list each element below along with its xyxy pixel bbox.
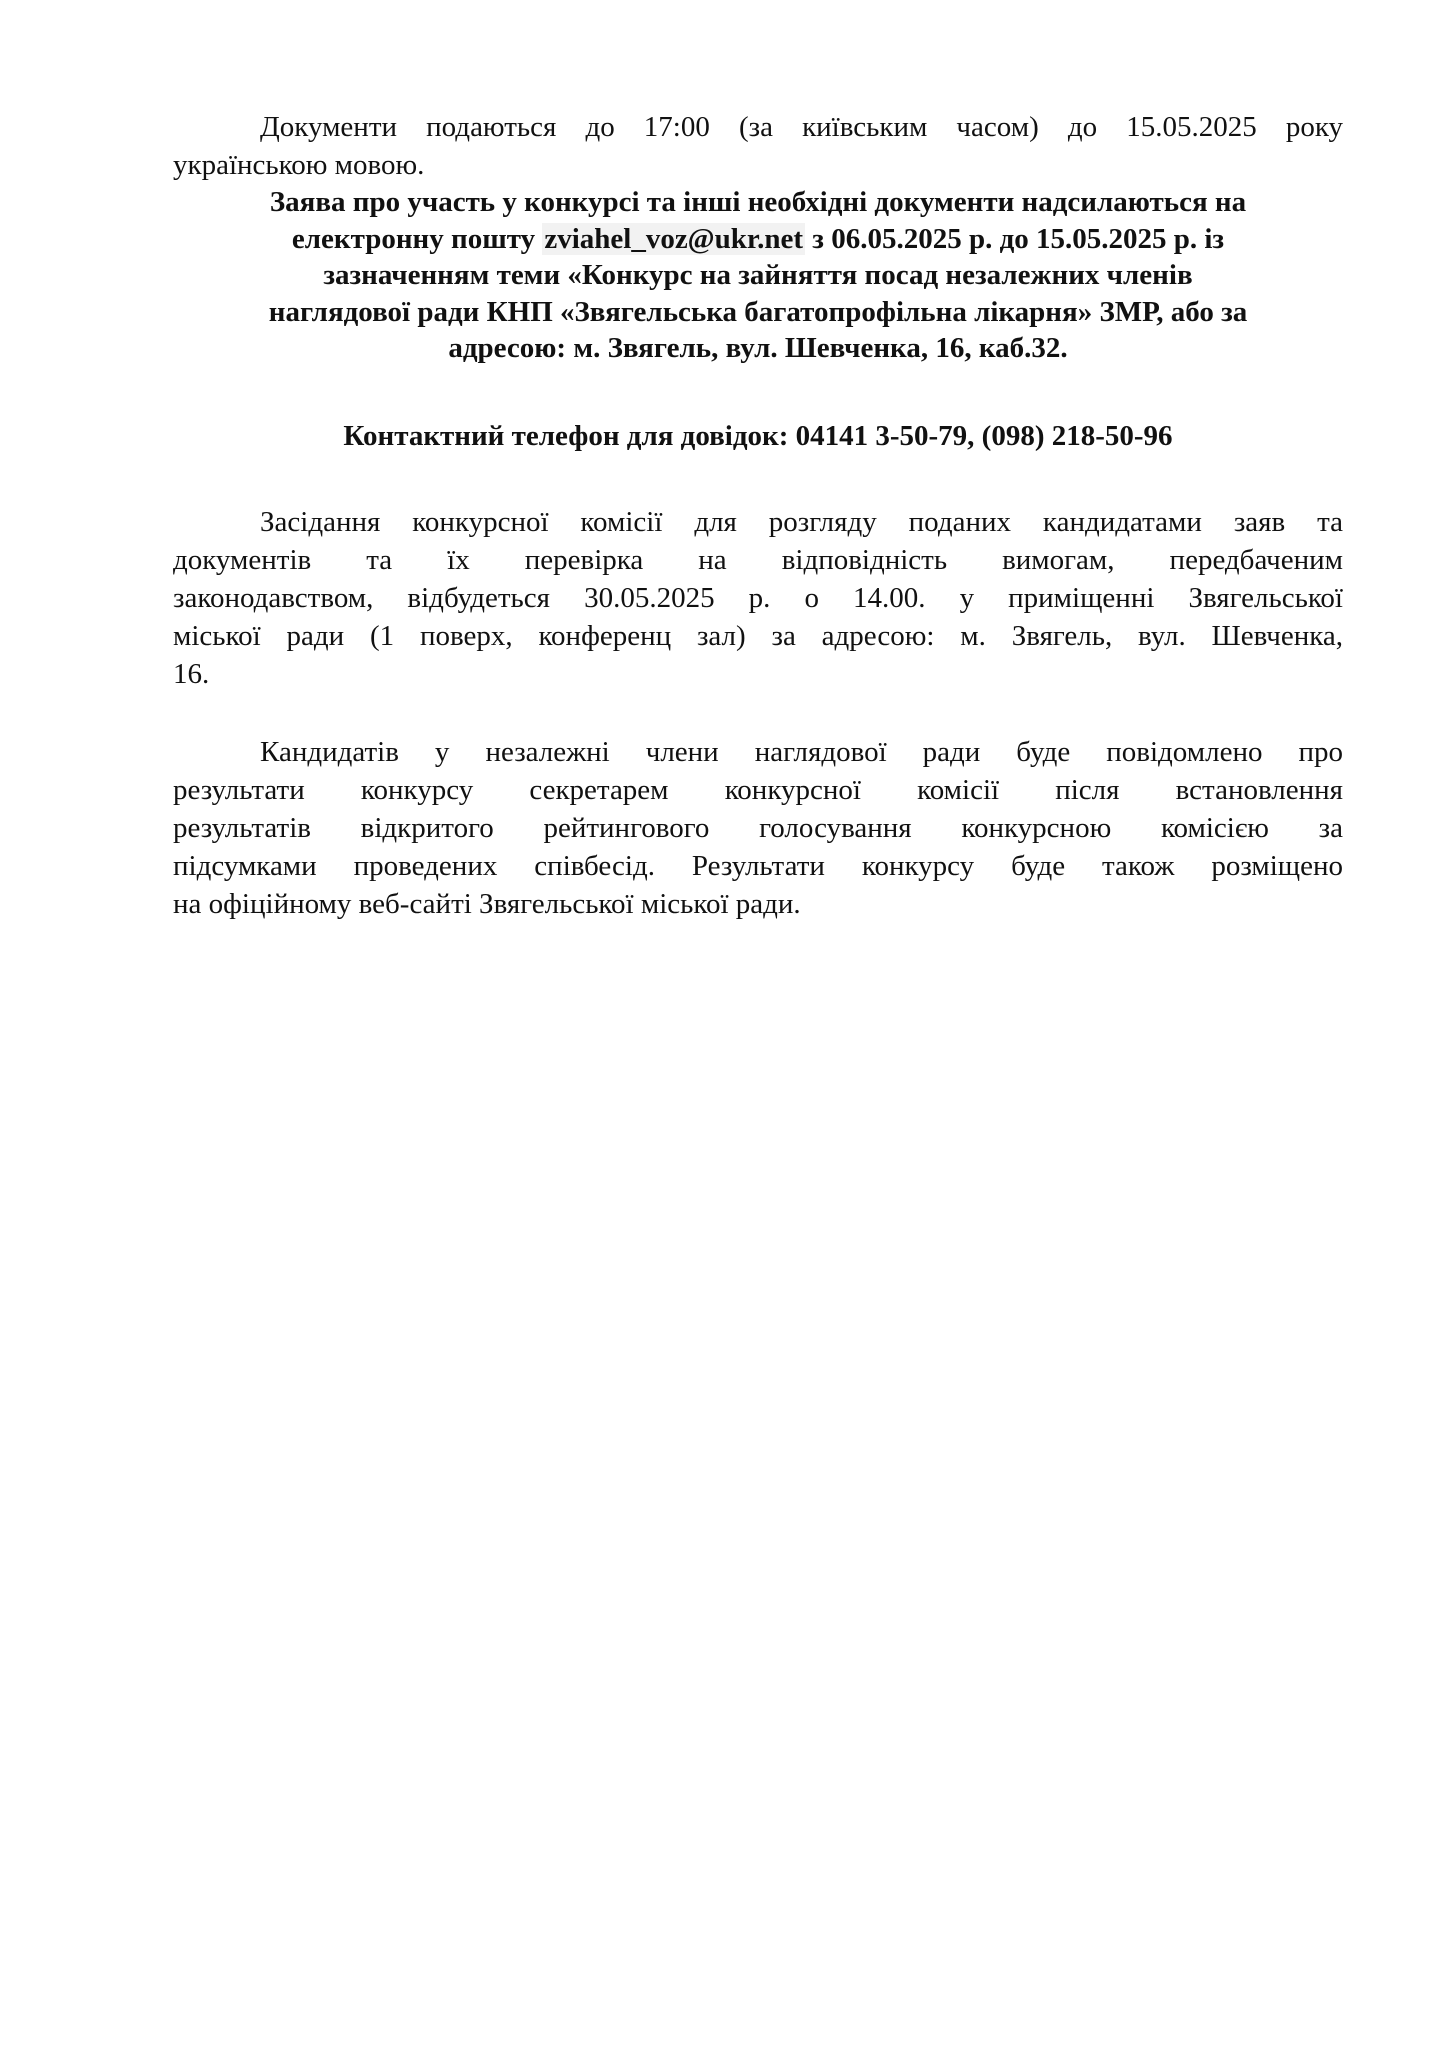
text-line: Заява про участь у конкурсі та інші необ…	[173, 184, 1343, 221]
document-page: Документи подаються до 17:00 (за київськ…	[173, 108, 1343, 923]
text-line: зазначенням теми «Конкурс на зайняття по…	[173, 257, 1343, 294]
text-line: результатів відкритого рейтингового голо…	[173, 809, 1343, 847]
paragraph-commission-meeting: Засідання конкурсної комісії для розгляд…	[173, 503, 1343, 693]
text-line: підсумками проведених співбесід. Результ…	[173, 847, 1343, 885]
text-line: міської ради (1 поверх, конференц зал) з…	[173, 617, 1343, 655]
contact-phone: Контактний телефон для довідок: 04141 3-…	[173, 417, 1343, 455]
paragraph-submission-deadline: Документи подаються до 17:00 (за київськ…	[173, 108, 1343, 184]
text-line: документів та їх перевірка на відповідні…	[173, 541, 1343, 579]
text-line: Засідання конкурсної комісії для розгляд…	[173, 503, 1343, 541]
email-link[interactable]: zviahel_voz@ukr.net	[542, 223, 805, 255]
text-line: Кандидатів у незалежні члени наглядової …	[173, 733, 1343, 771]
submission-instructions: Заява про участь у конкурсі та інші необ…	[173, 184, 1343, 367]
paragraph-results-notification: Кандидатів у незалежні члени наглядової …	[173, 733, 1343, 923]
email-suffix: з 06.05.2025 р. до 15.05.2025 р. із	[812, 223, 1224, 255]
text-line: електронну пошту zviahel_voz@ukr.net з 0…	[173, 221, 1343, 258]
text-line: законодавством, відбудеться 30.05.2025 р…	[173, 579, 1343, 617]
text-line: результати конкурсу секретарем конкурсно…	[173, 771, 1343, 809]
text-line: Документи подаються до 17:00 (за київськ…	[173, 108, 1343, 146]
text-line: адресою: м. Звягель, вул. Шевченка, 16, …	[173, 330, 1343, 367]
text-line: наглядової ради КНП «Звягельська багатоп…	[173, 294, 1343, 331]
text-line: українською мовою.	[173, 146, 1343, 184]
text-line: 16.	[173, 655, 1343, 693]
email-prefix: електронну пошту	[292, 223, 535, 255]
text-line: на офіційному веб-сайті Звягельської міс…	[173, 885, 1343, 923]
